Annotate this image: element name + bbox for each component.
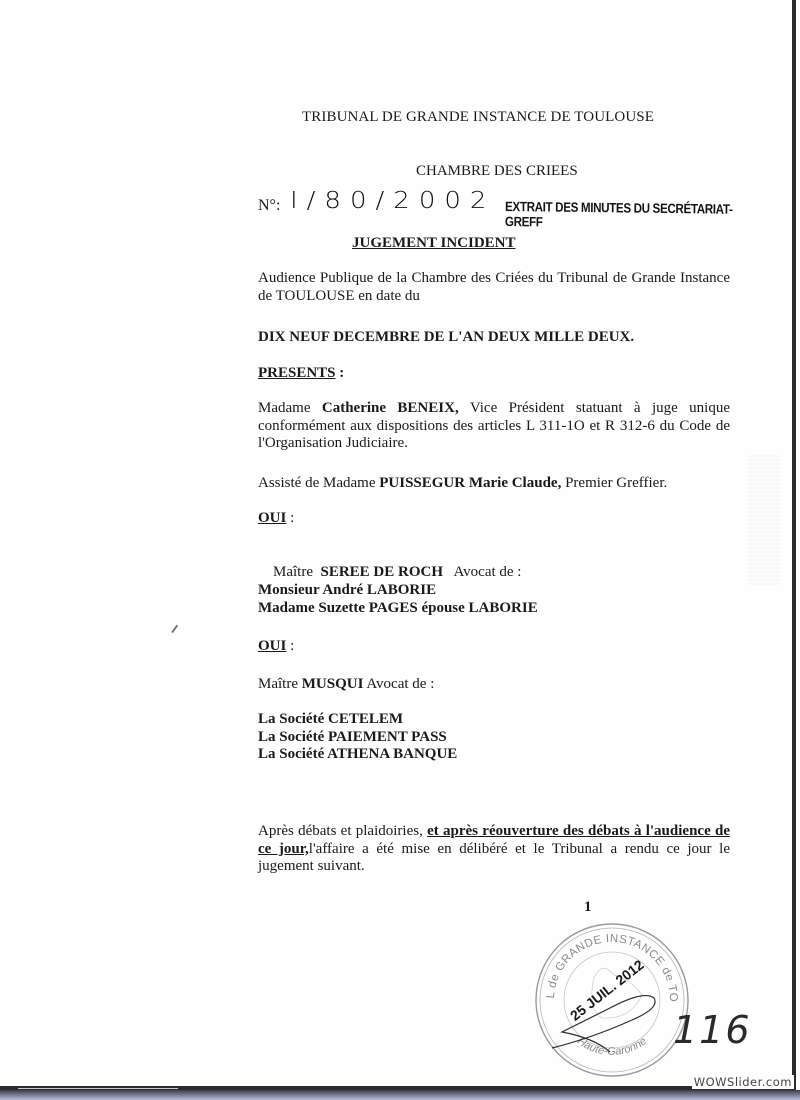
watermark: WOWSlider.com (692, 1075, 794, 1089)
party: Monsieur André LABORIE (258, 582, 730, 600)
case-number-label: N°: (258, 197, 280, 215)
clerk-name: PUISSEGUR Marie Claude, (379, 475, 561, 491)
hearing-date: DIX NEUF DECEMBRE DE L'AN DEUX MILLE DEU… (258, 329, 730, 347)
handwritten-page-number: 116 (673, 1008, 752, 1052)
counsel-2-suffix: Avocat de : (363, 676, 434, 692)
party: La Société CETELEM (258, 711, 730, 729)
clerk-suffix: Premier Greffier. (561, 475, 667, 491)
party: Madame Suzette PAGES épouse LABORIE (258, 600, 730, 618)
judgment-title: JUGEMENT INCIDENT (352, 234, 516, 252)
scan-edge-line (18, 1088, 178, 1089)
counsel-2-name: MUSQUI (302, 676, 364, 692)
presents-label: PRESENTS (258, 365, 336, 381)
page-number: 1 (584, 898, 592, 916)
chamber-title: CHAMBRE DES CRIEES (416, 162, 578, 180)
scan-artifact (748, 455, 780, 585)
closing-suffix: l'affaire a été mise en délibéré et le T… (258, 841, 730, 875)
presents-heading: PRESENTS : (258, 365, 730, 383)
case-number-handwritten: I/80/2002 (290, 188, 495, 215)
oui-heading-1: OUI : (258, 510, 730, 528)
counsel-2: Maître MUSQUI Avocat de : (258, 676, 730, 694)
counsel-1-suffix: Avocat de : (443, 564, 521, 580)
party: La Société ATHENA BANQUE (258, 746, 730, 764)
clerk-paragraph: Assisté de Madame PUISSEGUR Marie Claude… (258, 475, 730, 493)
oui-colon: : (286, 638, 294, 654)
judge-name: Catherine BENEIX, (322, 400, 459, 416)
closing-paragraph: Après débats et plaidoiries, et après ré… (258, 823, 730, 876)
counsel-1-prefix: Maître (273, 564, 320, 580)
court-seal-stamp: TRIBUNAL de GRANDE INSTANCE de TOULOUSE … (532, 920, 692, 1080)
extract-stamp: EXTRAIT DES MINUTES DU SECRÉTARIAT-GREFF (505, 199, 752, 232)
hearing-intro: Audience Publique de la Chambre des Crié… (258, 270, 730, 305)
closing-prefix: Après débats et plaidoiries, (258, 823, 427, 839)
margin-pen-mark (171, 625, 177, 633)
stamp-date: 25 JUIL. 2012 (567, 956, 647, 1023)
oui-label: OUI (258, 638, 286, 654)
judge-paragraph: Madame Catherine BENEIX, Vice Président … (258, 400, 730, 453)
counsel-2-prefix: Maître (258, 676, 302, 692)
presents-colon: : (336, 365, 345, 381)
parties-1: Monsieur André LABORIE Madame Suzette PA… (258, 582, 730, 617)
oui-colon: : (286, 510, 294, 526)
bottom-frame (0, 1090, 800, 1100)
judge-prefix: Madame (258, 400, 322, 416)
document-page: TRIBUNAL DE GRANDE INSTANCE DE TOULOUSE … (0, 0, 796, 1090)
oui-heading-2: OUI : (258, 638, 730, 656)
oui-label: OUI (258, 510, 286, 526)
party: La Société PAIEMENT PASS (258, 729, 730, 747)
clerk-prefix: Assisté de Madame (258, 475, 379, 491)
court-title: TRIBUNAL DE GRANDE INSTANCE DE TOULOUSE (302, 108, 654, 126)
parties-2: La Société CETELEM La Société PAIEMENT P… (258, 711, 730, 764)
counsel-1-name: SEREE DE ROCH (320, 564, 443, 580)
